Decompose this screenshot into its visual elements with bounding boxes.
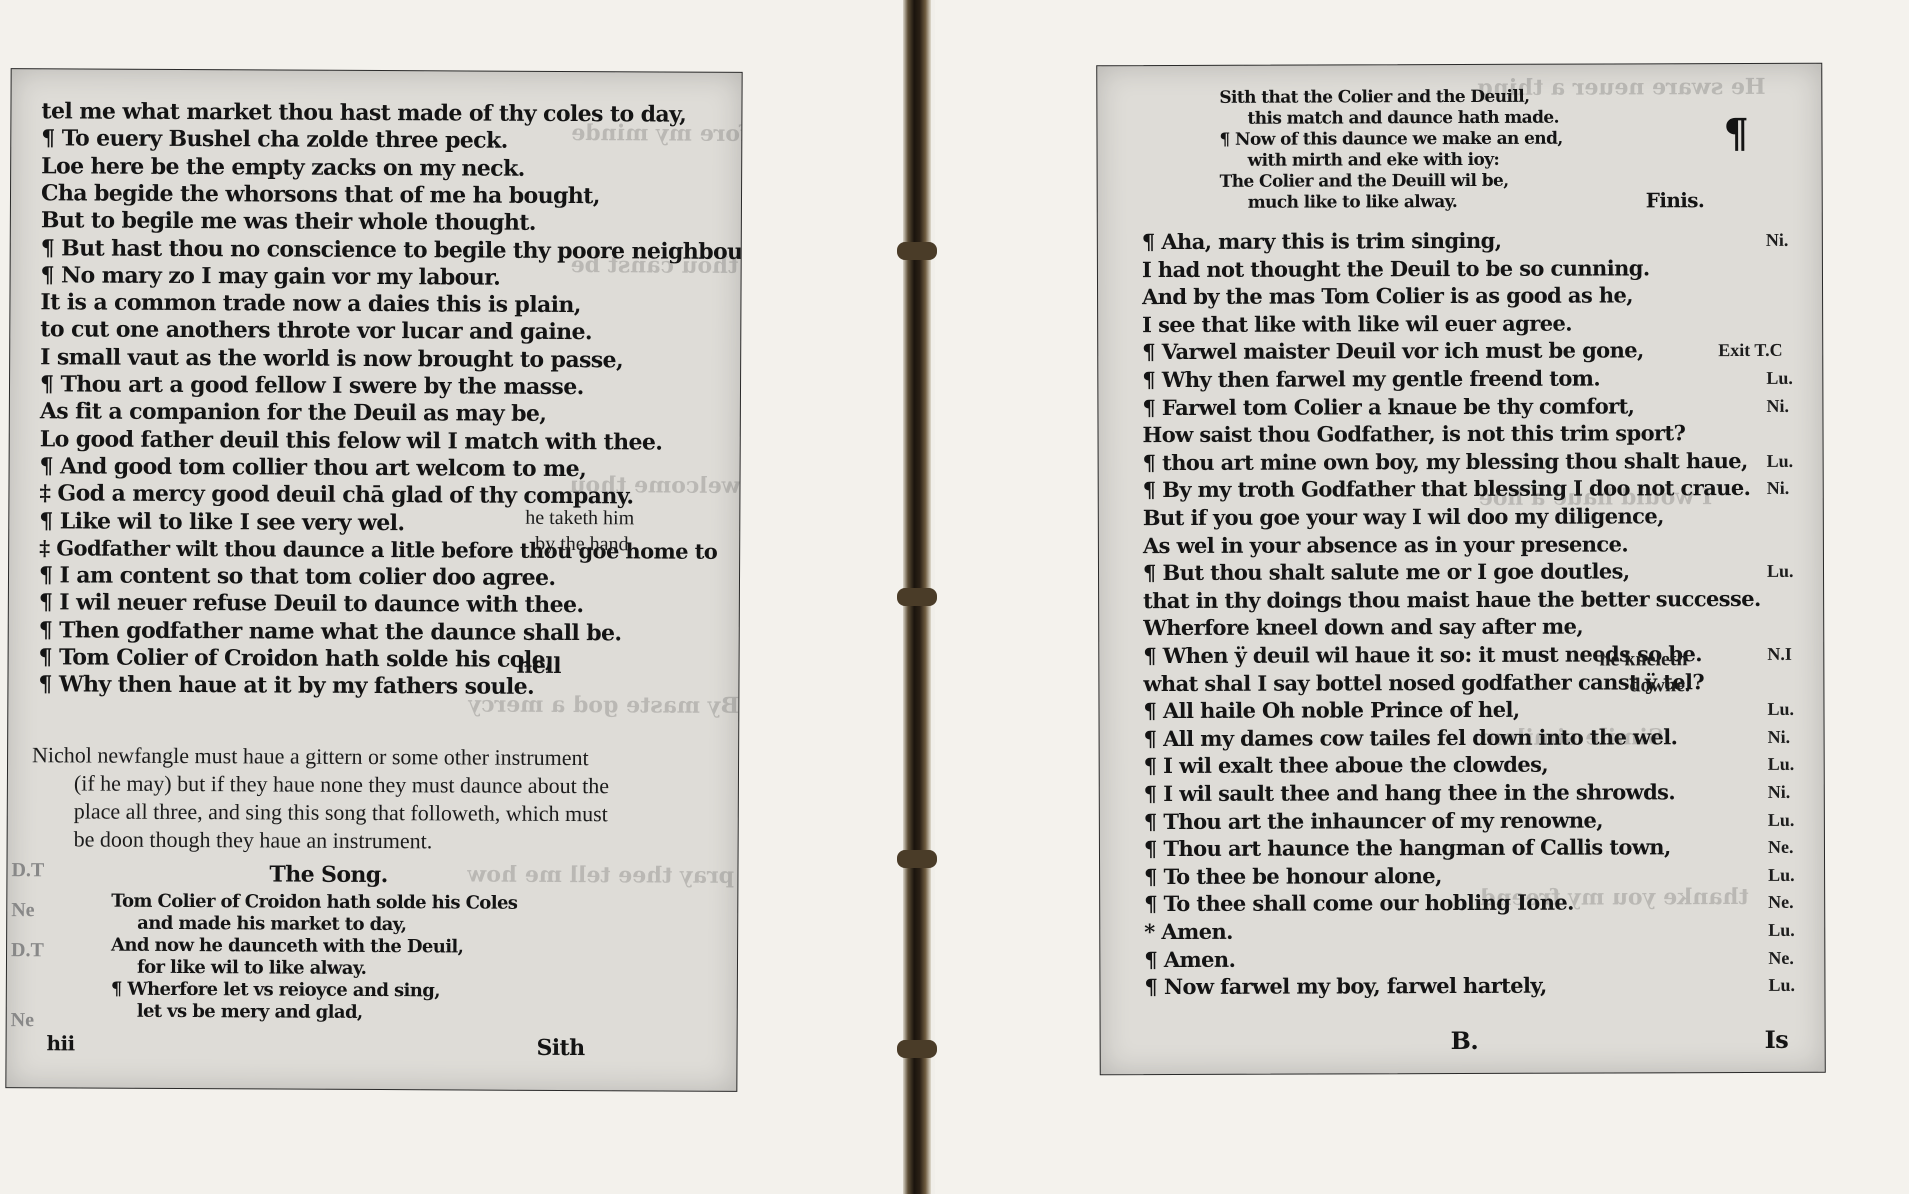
text-line: I see that like with like wil euer agree… (1142, 309, 1572, 339)
margin-speaker-label: D.T (11, 859, 44, 882)
left-page-facsimile: Wherfore my minde that thou canst be Now… (5, 68, 742, 1092)
song-continued: Sith that the Colier and the Deuill,this… (1097, 64, 1821, 67)
text-line: Wherfore kneel down and say after me, (1143, 613, 1583, 643)
text-line: ¶ No mary zo I may gain vor my labour. (41, 261, 501, 291)
signature-mark: B. (1451, 1027, 1479, 1055)
speaker-label: Lu. (1768, 971, 1795, 999)
signature-mark: hii (46, 1029, 74, 1057)
text-line: ¶ I wil exalt thee aboue the clowdes, (1144, 751, 1548, 780)
text-line: ¶ I wil neuer refuse Deuil to daunce wit… (39, 589, 584, 620)
text-line: Loe here be the empty zacks on my neck. (41, 152, 525, 183)
text-line: ¶ Amen. (1144, 945, 1235, 973)
speaker-label: Ni. (1766, 226, 1789, 254)
text-line: that in thy doings thou maist haue the b… (1143, 585, 1761, 615)
speaker-label: Lu. (1767, 447, 1794, 475)
text-line: How saist thou Godfather, is not this tr… (1142, 419, 1685, 449)
text-line: ¶ To thee shall come our hobling Ione. (1144, 889, 1574, 918)
stage-direction: he kneleth (1599, 645, 1687, 673)
text-line: ¶ I wil sault thee and hang thee in the … (1144, 778, 1675, 808)
speaker-label: N.I (1767, 640, 1792, 668)
text-line: Lo good father deuil this felow wil I ma… (40, 425, 663, 456)
text-line: ¶ All my dames cow tailes fel down into … (1144, 723, 1678, 753)
text-line: ¶ Why then farwel my gentle freend tom. (1142, 365, 1600, 395)
speaker-label: Lu. (1767, 695, 1794, 723)
text-line: I small vaut as the world is now brought… (40, 343, 623, 374)
catchword: Is (1765, 1026, 1789, 1054)
binding-thread (897, 588, 937, 606)
text-line: As fit a companion for the Deuil as may … (40, 398, 547, 429)
margin-speaker-label: D.T (11, 939, 44, 962)
text-line: And by the mas Tom Colier is as good as … (1142, 282, 1633, 312)
right-page-dialogue: ¶ Aha, mary this is trim singing,Ni.I ha… (1097, 64, 1821, 67)
stage-direction: by the hand (535, 530, 628, 558)
binding-thread (897, 850, 937, 868)
speaker-label: Ne. (1768, 833, 1794, 861)
text-line: ¶ Farwel tom Colier a knaue be thy comfo… (1142, 392, 1634, 422)
text-line: ¶ Why then haue at it by my fathers soul… (38, 671, 534, 702)
text-line: tel me what market thou hast made of thy… (41, 97, 686, 128)
speaker-label: Ni. (1768, 778, 1791, 806)
text-line: ¶ Thou art a good fellow I swere by the … (40, 370, 584, 401)
speaker-label: Exit T.C (1718, 336, 1782, 364)
margin-pilcrow: ¶ (1723, 120, 1748, 148)
text-line: ¶ Like wil to like I see very wel. (39, 507, 404, 537)
text-line: ¶ To thee be honour alone, (1144, 862, 1442, 891)
speaker-label: Ni. (1768, 723, 1791, 751)
text-line: ¶ Thou art the inhauncer of my renowne, (1144, 806, 1603, 836)
text-line: ¶ Varwel maister Deuil vor ich must be g… (1142, 337, 1644, 367)
text-line: ¶ Now farwel my boy, farwel hartely, (1144, 972, 1546, 1001)
text-line: ¶ To euery Bushel cha zolde three peck. (41, 125, 508, 155)
speaker-label: Ne. (1768, 943, 1794, 971)
catchword: Sith (536, 1034, 584, 1062)
right-page-facsimile: He sware neuer a thing I would haue a ho… (1096, 63, 1826, 1076)
text-line: to cut one anothers throte vor lucar and… (40, 316, 592, 347)
speaker-label: Ne. (1768, 888, 1794, 916)
speaker-label: Lu. (1768, 916, 1795, 944)
text-line: ¶ All haile Oh noble Prince of hel, (1143, 696, 1519, 725)
text-line: ¶ I am content so that tom colier doo ag… (39, 561, 556, 592)
text-line: Cha begide the whorsons that of me ha bo… (41, 179, 600, 210)
song-line: much like to like alway. (1248, 188, 1458, 217)
speaker-label: Ni. (1767, 474, 1790, 502)
binding-thread (897, 242, 937, 260)
text-line: ¶ Aha, mary this is trim singing, (1142, 227, 1502, 256)
margin-speaker-label: Ne (11, 1009, 34, 1032)
text-line: * Amen. (1144, 918, 1233, 946)
text-line: ¶ But thou shalt salute me or I goe dout… (1143, 558, 1630, 588)
finis-label: Finis. (1646, 186, 1705, 214)
speaker-label: Ni. (1766, 391, 1789, 419)
song-title: The Song. (269, 860, 387, 889)
text-line: It is a common trade now a daies this is… (40, 288, 581, 319)
margin-speaker-label: Ne (11, 899, 34, 922)
roman-direction-line: place all three, and sing this song that… (74, 797, 608, 828)
text-line: But if you goe your way I wil doo my dil… (1143, 502, 1664, 532)
speaker-label: Lu. (1768, 750, 1795, 778)
speaker-label: Lu. (1767, 557, 1794, 585)
roman-direction-line: (if he may) but if they haue none they m… (74, 769, 609, 800)
roman-direction-line: Nichol newfangle must haue a gittern or … (32, 741, 589, 772)
stage-direction: hell (516, 652, 560, 680)
book-spine-gutter (903, 0, 931, 1194)
text-line: ¶ Tom Colier of Croidon hath solde his c… (39, 643, 553, 674)
text-line: As wel in your absence as in your presen… (1143, 530, 1628, 560)
speaker-label: Lu. (1768, 805, 1795, 833)
text-line: ¶ And good tom collier thou art welcom t… (40, 452, 587, 483)
text-line: ¶ Thou art haunce the hangman of Callis … (1144, 833, 1671, 863)
stage-direction: he taketh him (525, 504, 634, 533)
speaker-label: Lu. (1766, 364, 1793, 392)
text-line: ¶ Then godfather name what the daunce sh… (39, 616, 622, 647)
text-line: But to begile me was their whole thought… (41, 206, 536, 237)
text-line: I had not thought the Deuil to be so cun… (1142, 254, 1650, 284)
roman-direction-line: be doon though they haue an instrument. (74, 825, 433, 855)
text-line: ¶ thou art mine own boy, my blessing tho… (1143, 447, 1748, 477)
text-line: ¶ By my troth Godfather that blessing I … (1143, 474, 1751, 504)
binding-thread (897, 1040, 937, 1058)
song-line: let vs be mery and glad, (137, 998, 363, 1027)
speaker-label: Lu. (1768, 861, 1795, 889)
stage-direction: downe. (1629, 671, 1690, 699)
